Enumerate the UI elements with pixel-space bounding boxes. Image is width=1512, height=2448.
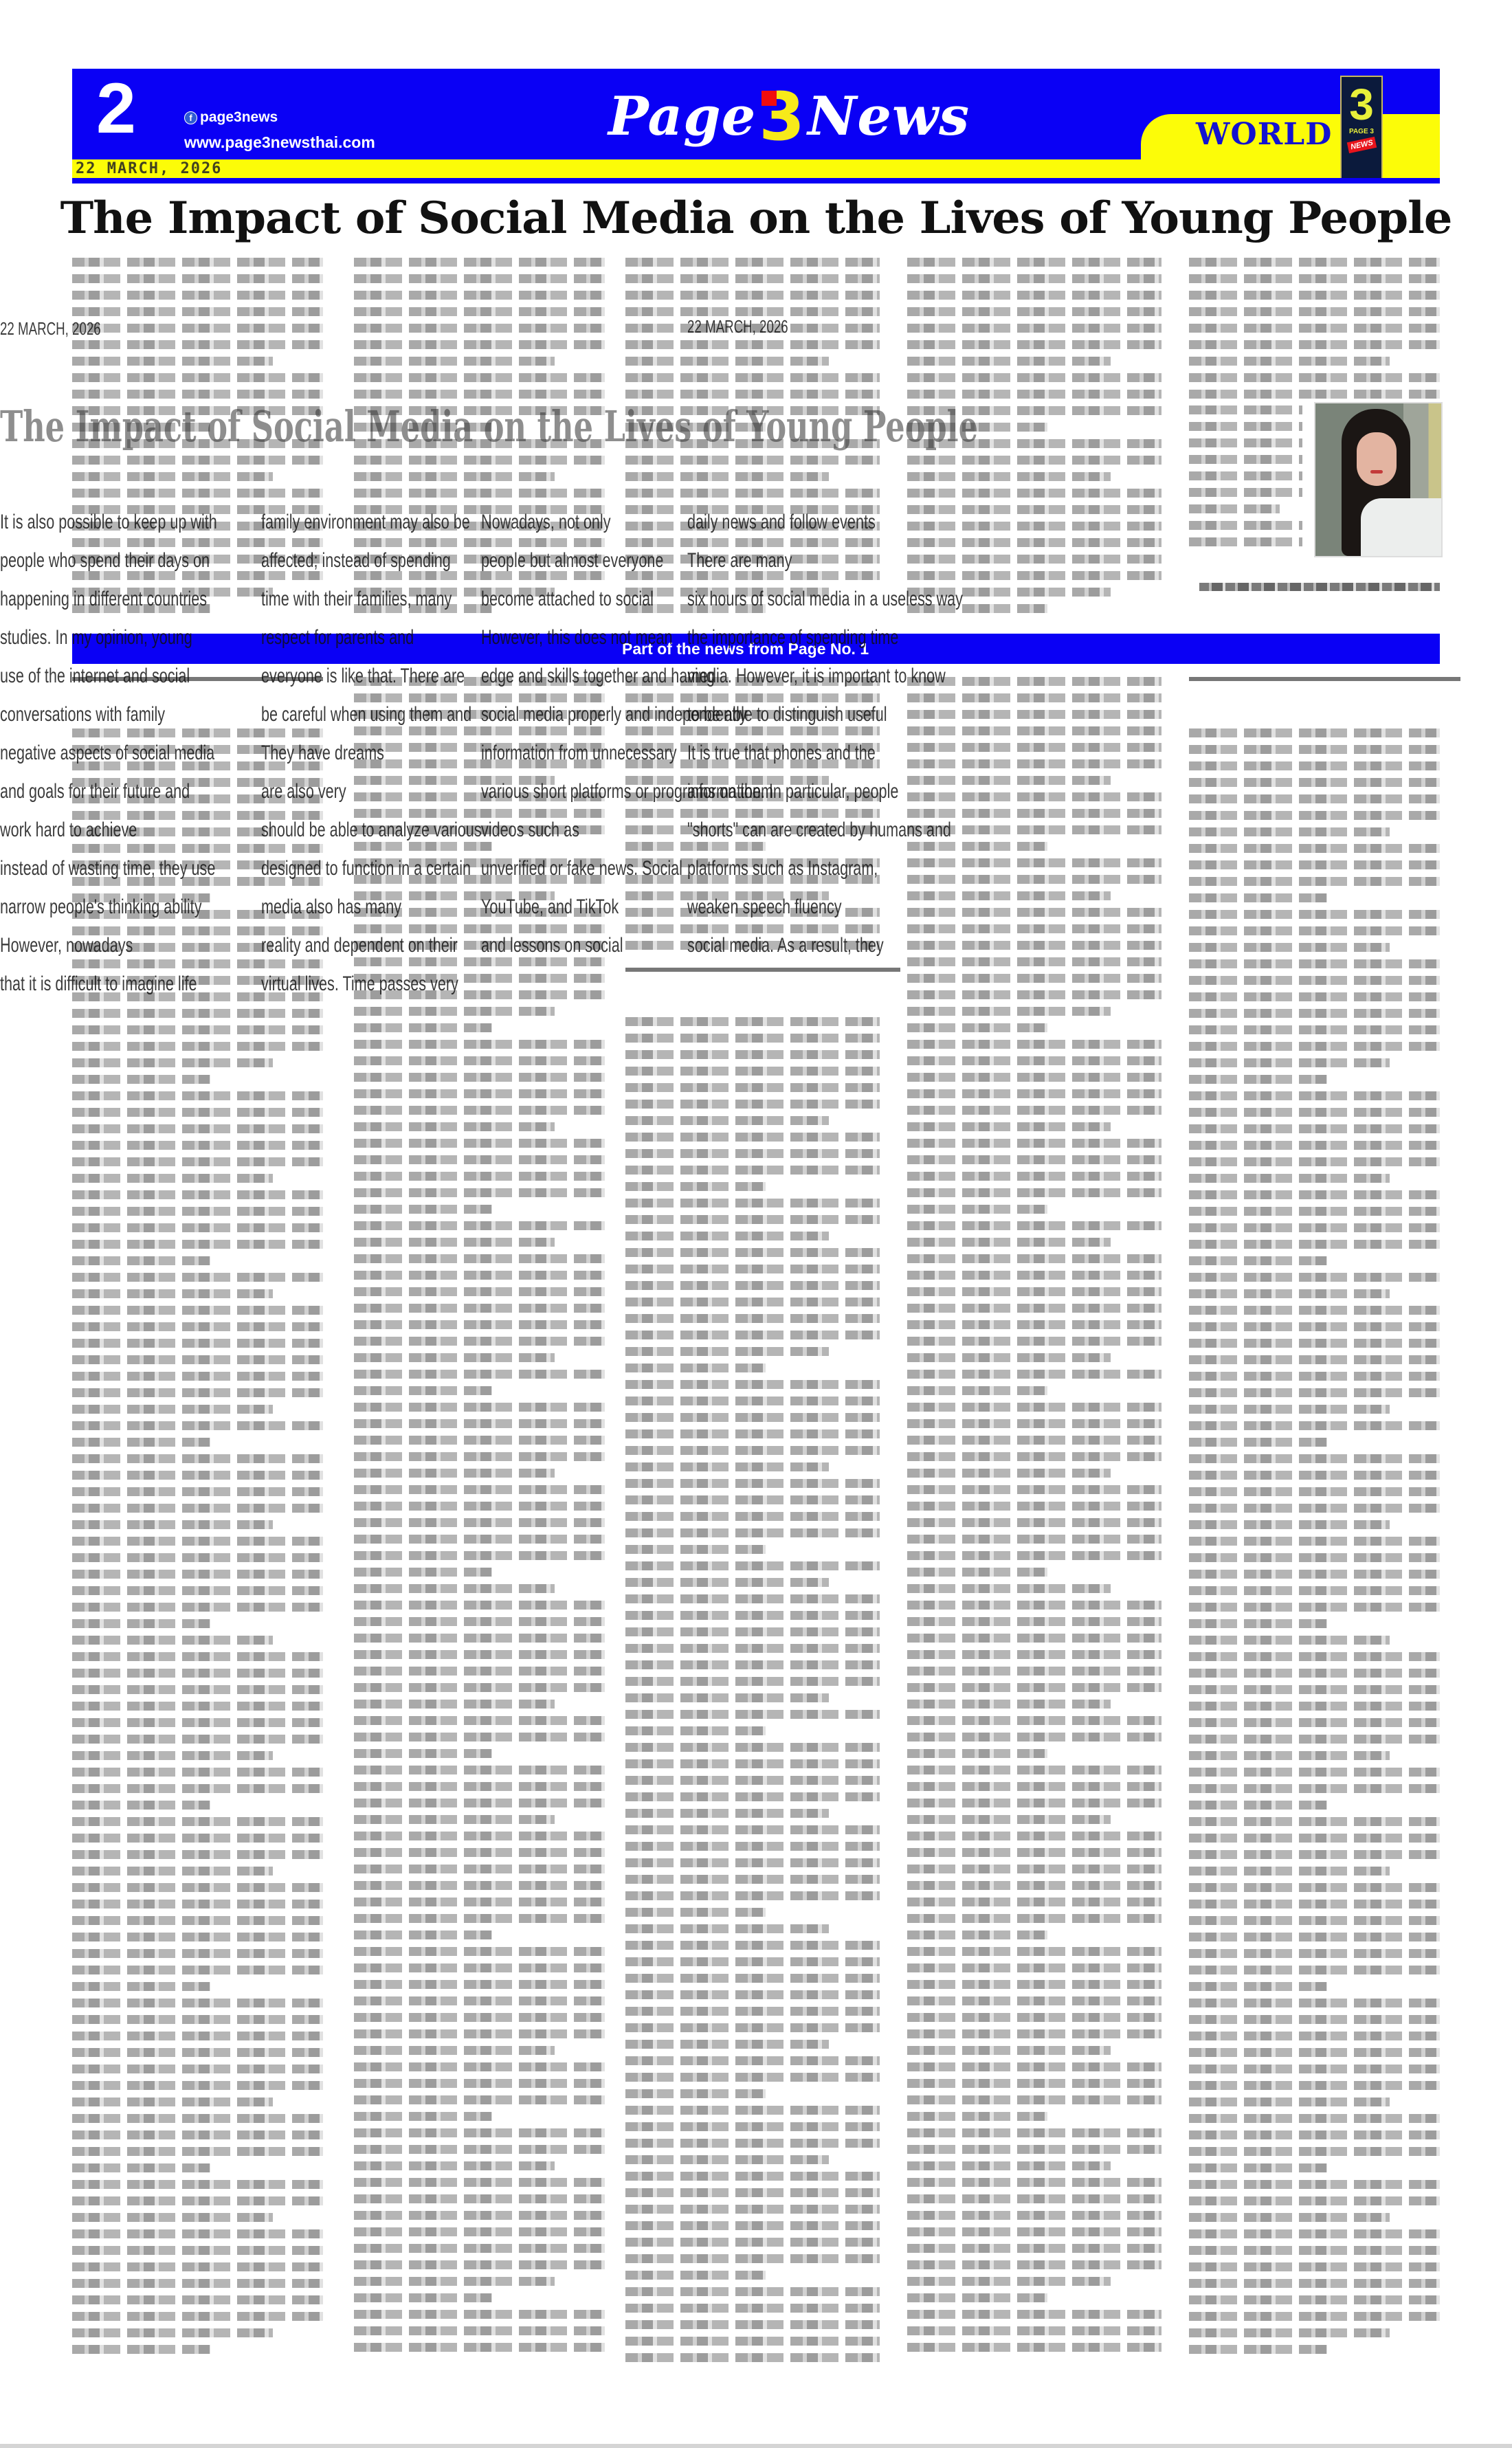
text-line xyxy=(72,307,323,316)
ghost-text-fragment: people who spend their days on xyxy=(0,550,210,571)
text-line xyxy=(354,1370,605,1379)
text-line xyxy=(354,1518,605,1527)
text-line xyxy=(1189,1174,1390,1183)
text-line xyxy=(354,1106,605,1115)
text-line xyxy=(1189,1141,1440,1150)
text-line xyxy=(625,2122,880,2131)
text-line xyxy=(907,1040,1161,1049)
text-line xyxy=(354,1056,605,1065)
text-line xyxy=(354,2095,605,2104)
text-line xyxy=(354,1304,605,1313)
text-line xyxy=(354,1980,605,1989)
text-line xyxy=(907,538,1161,547)
text-line xyxy=(1189,2147,1440,2156)
text-line xyxy=(72,456,323,465)
text-line xyxy=(625,1100,880,1109)
text-line xyxy=(907,1518,1161,1527)
text-line xyxy=(625,2205,880,2214)
ghost-text-fragment: the importance of spending time xyxy=(687,627,898,648)
text-line xyxy=(907,941,1161,950)
text-line xyxy=(354,1716,605,1725)
text-line xyxy=(1189,537,1302,546)
ghost-text-fragment: weaken speech fluency xyxy=(687,897,842,917)
text-line xyxy=(1189,1405,1390,1414)
text-line xyxy=(1189,1685,1440,1694)
text-line xyxy=(907,1963,1161,1972)
text-line xyxy=(1189,1768,1440,1777)
text-line xyxy=(907,1007,1111,1016)
text-line xyxy=(1189,455,1302,464)
text-line xyxy=(907,2013,1161,2022)
text-line xyxy=(625,2106,880,2115)
text-line xyxy=(72,1718,323,1727)
text-line xyxy=(354,924,605,933)
text-line xyxy=(907,1617,1161,1626)
text-line xyxy=(907,908,1161,917)
text-line xyxy=(625,1644,880,1653)
text-line xyxy=(72,1982,210,1991)
text-line xyxy=(625,1298,880,1306)
text-line xyxy=(354,1320,605,1329)
text-line xyxy=(907,1238,1111,1247)
text-line xyxy=(354,1601,605,1610)
text-line xyxy=(1189,2312,1440,2321)
text-line xyxy=(354,1287,605,1296)
text-line xyxy=(72,2312,323,2321)
text-line xyxy=(72,2345,210,2354)
text-line xyxy=(354,258,605,267)
text-line xyxy=(907,2293,1047,2302)
ghost-text-fragment: platforms such as Instagram, xyxy=(687,858,878,879)
text-line xyxy=(907,1766,1161,1774)
ghost-text-fragment: unverified or fake news. Social xyxy=(481,858,682,879)
text-line xyxy=(1189,1471,1440,1480)
text-line xyxy=(907,1205,1047,1214)
text-line xyxy=(625,1034,880,1043)
text-line xyxy=(1189,324,1440,333)
ghost-text-fragment: people but almost everyone xyxy=(481,550,663,571)
ghost-text-fragment: Nowadays, not only xyxy=(481,512,611,533)
ghost-text-fragment: information. In particular, people xyxy=(687,781,898,802)
text-line xyxy=(1189,438,1302,447)
text-line xyxy=(72,2180,323,2189)
ghost-text-fragment: family environment may also be xyxy=(261,512,470,533)
text-line xyxy=(907,258,1161,267)
column-5-top xyxy=(1189,258,1440,406)
text-line xyxy=(1189,1124,1440,1133)
text-line xyxy=(907,809,1161,818)
ghost-text-fragment: videos such as xyxy=(481,820,579,841)
text-line xyxy=(354,957,605,966)
text-line xyxy=(907,2260,1161,2269)
text-line xyxy=(72,1949,323,1958)
text-line xyxy=(907,2343,1161,2352)
text-line xyxy=(72,1537,323,1546)
text-line xyxy=(1189,893,1327,902)
text-line xyxy=(625,1397,880,1405)
text-line xyxy=(354,1502,605,1511)
text-line xyxy=(354,2062,605,2071)
text-line xyxy=(1189,2032,1440,2040)
text-line xyxy=(625,1809,829,1818)
text-line xyxy=(72,2163,210,2172)
text-line xyxy=(354,2326,605,2335)
text-line xyxy=(907,1139,1161,1148)
text-line xyxy=(907,1865,1161,1873)
text-line xyxy=(907,2244,1161,2253)
text-line xyxy=(1189,811,1440,820)
text-line xyxy=(354,1930,492,1939)
text-line xyxy=(625,1792,880,1801)
text-line xyxy=(625,472,829,481)
text-line xyxy=(1189,2065,1440,2073)
text-line xyxy=(625,307,880,316)
text-line xyxy=(72,1108,323,1117)
text-line xyxy=(907,792,1161,801)
text-line xyxy=(1189,1966,1440,1974)
text-line xyxy=(907,1947,1161,1956)
ghost-text-fragment: instead of wasting time, they use xyxy=(0,858,215,879)
text-line xyxy=(354,1947,605,1956)
ghost-text-fragment: conversations with family xyxy=(0,704,165,725)
text-line xyxy=(354,2310,605,2319)
text-line xyxy=(354,1403,605,1412)
text-line xyxy=(72,1834,323,1843)
text-line xyxy=(72,1339,323,1348)
text-line xyxy=(354,2079,605,2088)
text-line xyxy=(1189,877,1440,886)
ghost-text-fragment: negative aspects of social media xyxy=(0,743,214,764)
text-line xyxy=(354,1452,605,1461)
text-line xyxy=(72,1570,323,1579)
text-line xyxy=(354,373,605,382)
text-line xyxy=(907,1122,1111,1131)
text-line xyxy=(1189,504,1280,513)
text-line xyxy=(625,1232,829,1240)
ghost-text-fragment: media. However, it is important to know xyxy=(687,666,946,687)
text-line xyxy=(1189,1949,1440,1958)
text-line xyxy=(354,2260,605,2269)
text-line xyxy=(1189,2345,1327,2354)
text-line xyxy=(907,1898,1161,1906)
text-line xyxy=(625,1347,829,1356)
text-line xyxy=(1189,1306,1440,1315)
text-line xyxy=(354,1089,605,1098)
text-line xyxy=(72,1256,210,1265)
text-line xyxy=(907,1106,1161,1115)
text-line xyxy=(72,1141,323,1150)
text-line xyxy=(907,1584,1111,1593)
text-line xyxy=(625,1265,880,1273)
text-line xyxy=(1189,1322,1440,1331)
ghost-text-fragment: edge and skills together and having xyxy=(481,666,715,687)
ghost-text-fragment: information from unnecessary xyxy=(481,743,677,764)
text-line xyxy=(907,2029,1161,2038)
text-line xyxy=(907,1667,1161,1676)
text-line xyxy=(907,1799,1161,1807)
text-line xyxy=(72,2213,273,2222)
text-line xyxy=(1189,274,1440,283)
text-line xyxy=(907,957,1161,966)
text-line xyxy=(72,324,323,333)
text-line xyxy=(1189,471,1302,480)
text-line xyxy=(72,1405,273,1414)
text-line xyxy=(1189,2081,1440,2090)
text-line xyxy=(72,844,323,853)
text-line xyxy=(625,1660,880,1669)
text-line xyxy=(1189,2130,1440,2139)
social-handle[interactable]: fpage3news xyxy=(184,110,278,124)
text-line xyxy=(354,1700,555,1709)
ghost-text-fragment: reality and dependent on their xyxy=(261,935,458,956)
text-line xyxy=(625,2188,880,2197)
text-line xyxy=(625,2304,880,2313)
text-line xyxy=(625,1182,766,1191)
text-line xyxy=(72,2229,323,2238)
text-line xyxy=(72,340,323,349)
text-line xyxy=(1189,2098,1390,2106)
text-line xyxy=(1189,1009,1440,1018)
text-line xyxy=(1189,307,1440,316)
text-line xyxy=(72,1273,323,1282)
text-line xyxy=(625,1776,880,1785)
ghost-text-fragment: and goals for their future and xyxy=(0,781,190,802)
text-line xyxy=(907,2326,1161,2335)
text-line xyxy=(625,1611,880,1620)
text-line xyxy=(1189,2048,1440,2057)
text-line xyxy=(907,1287,1161,1296)
text-line xyxy=(907,1700,1111,1709)
text-line xyxy=(72,1784,323,1793)
ghost-text-fragment: affected; instead of spending xyxy=(261,550,451,571)
text-line xyxy=(907,357,1111,366)
column-4-bottom xyxy=(907,677,1161,2359)
text-line xyxy=(625,1380,880,1389)
text-line xyxy=(1189,1817,1440,1826)
text-line xyxy=(354,1205,492,1214)
text-line xyxy=(625,1858,880,1867)
ghost-text-fragment: They have dreams xyxy=(261,743,384,764)
text-line xyxy=(72,1735,323,1744)
ghost-text-fragment: be careful when using them and xyxy=(261,704,471,725)
text-line xyxy=(72,1603,323,1612)
text-line xyxy=(625,809,880,818)
text-line xyxy=(72,1768,323,1777)
text-line xyxy=(1189,1916,1440,1925)
text-line xyxy=(907,2145,1161,2154)
text-line xyxy=(907,2194,1161,2203)
text-line xyxy=(625,2073,880,2082)
website-link[interactable]: www.page3newsthai.com xyxy=(184,135,375,151)
text-line xyxy=(1189,2262,1440,2271)
text-line xyxy=(354,1271,605,1280)
text-line xyxy=(72,1966,323,1974)
text-line xyxy=(1189,2180,1440,2189)
text-line xyxy=(72,1306,323,1315)
text-line xyxy=(1189,1652,1440,1661)
text-line xyxy=(907,1815,1111,1824)
ghost-headline-overlay: The Impact of Social Media on the Lives … xyxy=(0,405,978,448)
text-line xyxy=(907,1337,1161,1346)
ghost-date-right: 22 MARCH, 2026 xyxy=(687,318,788,335)
ghost-text-fragment: six hours of social media in a useless w… xyxy=(687,589,963,610)
text-line xyxy=(1189,1537,1440,1546)
column-5-beside-photo xyxy=(1189,405,1302,554)
text-line xyxy=(72,1042,323,1051)
text-line xyxy=(625,357,829,366)
text-line xyxy=(907,1221,1161,1230)
text-line xyxy=(625,1067,880,1076)
text-line xyxy=(907,1386,1047,1395)
text-line xyxy=(1189,1718,1440,1727)
text-line xyxy=(1189,291,1440,300)
text-line xyxy=(72,1586,323,1595)
text-line xyxy=(907,2161,1111,2170)
text-line xyxy=(72,1438,210,1447)
text-line xyxy=(1189,373,1440,382)
text-line xyxy=(625,1512,880,1521)
text-line xyxy=(625,1429,880,1438)
text-line xyxy=(72,1471,323,1480)
badge-line1: PAGE 3 xyxy=(1349,128,1374,135)
text-line xyxy=(72,1933,323,1941)
text-line xyxy=(625,1116,829,1125)
ghost-text-fragment: respect for parents and xyxy=(261,627,414,648)
text-line xyxy=(907,693,1161,702)
subhead-column-3 xyxy=(625,968,900,972)
text-line xyxy=(72,291,323,300)
ghost-text-fragment: It is also possible to keep up with xyxy=(0,512,217,533)
text-line xyxy=(72,1999,323,2007)
text-line xyxy=(1189,1273,1440,1282)
text-line xyxy=(354,1155,605,1164)
text-line xyxy=(625,2089,766,2098)
text-line xyxy=(354,1551,605,1560)
text-line xyxy=(72,2098,273,2106)
text-line xyxy=(72,373,323,382)
text-line xyxy=(72,1124,323,1133)
text-line xyxy=(354,1535,605,1544)
text-line xyxy=(907,1551,1161,1560)
text-line xyxy=(354,291,605,300)
text-line xyxy=(625,1133,880,1142)
text-line xyxy=(1189,2295,1440,2304)
text-line xyxy=(1189,1091,1440,1100)
text-line xyxy=(72,571,323,580)
text-line xyxy=(354,2013,605,2022)
social-handle-text: page3news xyxy=(200,109,278,125)
text-line xyxy=(625,1677,880,1686)
text-line xyxy=(907,1733,1161,1742)
text-line xyxy=(1189,943,1390,952)
text-line xyxy=(907,1188,1161,1197)
facebook-icon: f xyxy=(184,111,197,124)
text-line xyxy=(625,2271,766,2280)
text-line xyxy=(354,1881,605,1890)
text-line xyxy=(72,1520,273,1529)
text-line xyxy=(1189,2229,1440,2238)
text-line xyxy=(1189,422,1302,431)
text-line xyxy=(72,1636,273,1645)
photo-caption xyxy=(1199,583,1440,591)
text-line xyxy=(625,2040,829,2049)
text-line xyxy=(625,726,880,735)
text-line xyxy=(72,1372,323,1381)
text-line xyxy=(354,1650,605,1659)
text-line xyxy=(1189,1157,1440,1166)
text-line xyxy=(1189,1223,1440,1232)
text-line xyxy=(354,357,555,366)
text-line xyxy=(625,1446,880,1455)
text-line xyxy=(354,2211,605,2220)
text-line xyxy=(907,1782,1161,1791)
text-line xyxy=(907,1254,1161,1263)
text-line xyxy=(72,1091,323,1100)
text-line xyxy=(1189,761,1440,770)
text-line xyxy=(907,710,1161,719)
text-line xyxy=(354,456,605,465)
text-line xyxy=(354,1238,555,1247)
text-line xyxy=(72,2147,323,2156)
ghost-date-left: 22 MARCH, 2026 xyxy=(0,320,101,337)
text-line xyxy=(354,726,605,735)
text-line xyxy=(907,1832,1161,1840)
text-line xyxy=(625,1413,880,1422)
text-line xyxy=(907,858,1161,867)
text-line xyxy=(72,1174,273,1183)
text-line xyxy=(1189,405,1302,414)
logo-numeral: 3 xyxy=(759,84,805,150)
text-line xyxy=(907,726,1161,735)
text-line xyxy=(1189,1900,1440,1909)
text-line xyxy=(1189,1058,1390,1067)
text-line xyxy=(1189,745,1440,754)
text-line xyxy=(907,2062,1161,2071)
text-line xyxy=(625,1974,880,1983)
text-line xyxy=(907,776,1111,785)
text-line xyxy=(907,1535,1161,1544)
page-bottom-rule xyxy=(0,2444,1512,2448)
text-line xyxy=(907,1403,1161,1412)
text-line xyxy=(1189,1883,1440,1892)
text-line xyxy=(907,1353,1111,1362)
text-line xyxy=(907,2310,1161,2319)
text-line xyxy=(72,2048,323,2057)
text-line xyxy=(72,1850,323,1859)
text-line xyxy=(625,1594,880,1603)
ghost-text-fragment: become attached to social xyxy=(481,589,654,610)
text-line xyxy=(1189,959,1440,968)
text-line xyxy=(907,1056,1161,1065)
text-line xyxy=(907,1155,1161,1164)
text-line xyxy=(354,842,492,851)
text-line xyxy=(907,390,1161,399)
text-line xyxy=(72,2065,323,2073)
text-line xyxy=(1189,2015,1440,2024)
text-line xyxy=(354,1172,605,1181)
text-line xyxy=(1189,2163,1327,2172)
text-line xyxy=(907,1172,1161,1181)
text-line xyxy=(1189,1999,1440,2007)
ghost-text-fragment: However, nowadays xyxy=(0,935,133,956)
text-line xyxy=(72,2196,323,2205)
text-line xyxy=(354,1469,555,1478)
text-line xyxy=(907,2046,1111,2055)
text-line xyxy=(354,1782,605,1791)
text-line xyxy=(1189,1025,1440,1034)
text-line xyxy=(1189,778,1440,787)
text-line xyxy=(907,924,1161,933)
